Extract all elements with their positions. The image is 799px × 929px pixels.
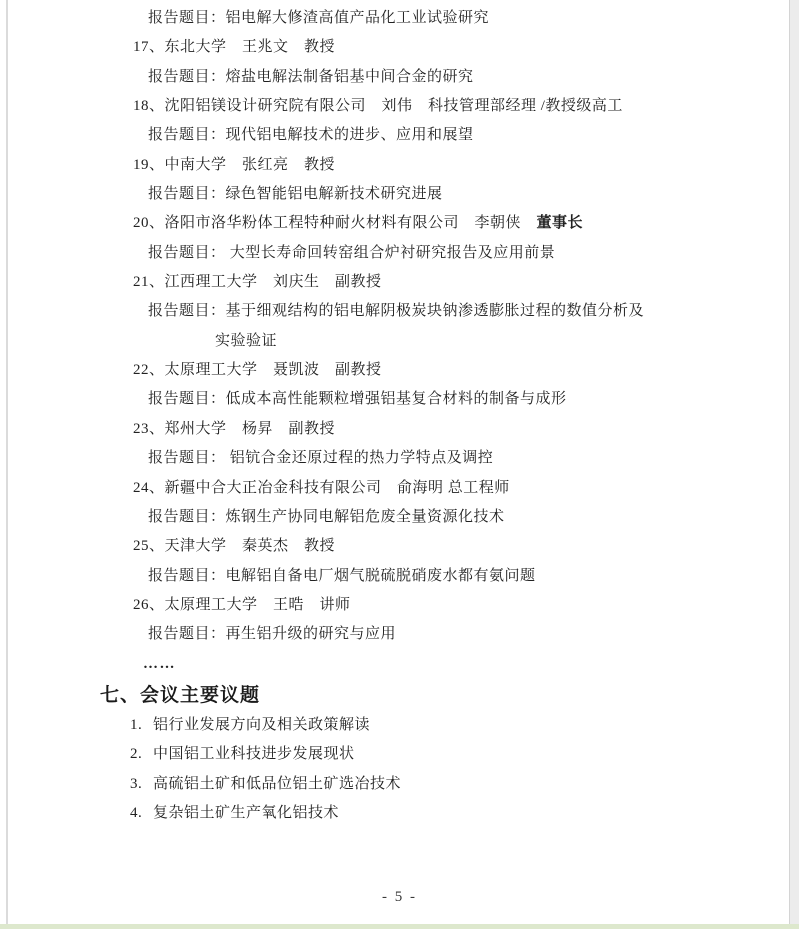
document-page: { "document": { "intro_title_line": "报告题… xyxy=(0,0,799,929)
report-title-line-21: 报告题目：基于细观结构的铝电解阴极炭块钠渗透膨胀过程的数值分析及 xyxy=(0,297,799,326)
report-title-line-17: 报告题目：熔盐电解法制备铝基中间合金的研究 xyxy=(0,63,799,92)
report-title-continuation-21: 实验验证 xyxy=(0,327,799,356)
topic-item-4: 4.复杂铝土矿生产氧化铝技术 xyxy=(0,799,799,829)
report-title-line-24: 报告题目：炼钢生产协同电解铝危废全量资源化技术 xyxy=(0,503,799,532)
page-bottom-edge-strip xyxy=(0,924,799,929)
topic-number: 1. xyxy=(130,711,153,741)
report-title-line-23: 报告题目： 铝钪合金还原过程的热力学特点及调控 xyxy=(0,444,799,473)
topic-number: 2. xyxy=(130,740,153,770)
section-heading-7: 七、会议主要议题 xyxy=(0,680,799,711)
report-title-line-19: 报告题目：绿色智能铝电解新技术研究进展 xyxy=(0,180,799,209)
speaker-line-26: 26、太原理工大学 王晧 讲师 xyxy=(0,591,799,620)
topic-item-1: 1.铝行业发展方向及相关政策解读 xyxy=(0,711,799,741)
topic-item-2: 2.中国铝工业科技进步发展现状 xyxy=(0,740,799,770)
report-title-line-22: 报告题目：低成本高性能颗粒增强铝基复合材料的制备与成形 xyxy=(0,385,799,414)
speaker-line-22: 22、太原理工大学 聂凯波 副教授 xyxy=(0,356,799,385)
page-number: - 5 - xyxy=(0,889,799,906)
speaker-line-20: 20、洛阳市洛华粉体工程特种耐火材料有限公司 李朝侠 董事长 xyxy=(0,209,799,238)
speaker-line-24: 24、新疆中合大正冶金科技有限公司 俞海明 总工程师 xyxy=(0,474,799,503)
topic-text: 复杂铝土矿生产氧化铝技术 xyxy=(153,805,339,821)
speaker-line-21: 21、江西理工大学 刘庆生 副教授 xyxy=(0,268,799,297)
speaker-line-18: 18、沈阳铝镁设计研究院有限公司 刘伟 科技管理部经理 /教授级高工 xyxy=(0,92,799,121)
speaker-title-bold: 董事长 xyxy=(537,215,584,231)
report-title-line-20: 报告题目： 大型长寿命回转窑组合炉衬研究报告及应用前景 xyxy=(0,239,799,268)
speaker-text: 20、洛阳市洛华粉体工程特种耐火材料有限公司 李朝侠 xyxy=(133,215,537,231)
report-title-line-26: 报告题目：再生铝升级的研究与应用 xyxy=(0,620,799,649)
topic-number: 4. xyxy=(130,799,153,829)
report-title-line-18: 报告题目：现代铝电解技术的进步、应用和展望 xyxy=(0,121,799,150)
speaker-line-23: 23、郑州大学 杨昇 副教授 xyxy=(0,415,799,444)
list-ellipsis: …… xyxy=(0,650,799,679)
speaker-line-19: 19、中南大学 张红亮 教授 xyxy=(0,151,799,180)
document-body: 报告题目：铝电解大修渣高值产品化工业试验研究 17、东北大学 王兆文 教授 报告… xyxy=(0,4,799,829)
topic-number: 3. xyxy=(130,770,153,800)
topic-item-3: 3.高硫铝土矿和低品位铝土矿选冶技术 xyxy=(0,770,799,800)
topic-text: 高硫铝土矿和低品位铝土矿选冶技术 xyxy=(153,776,401,792)
report-title-line-25: 报告题目：电解铝自备电厂烟气脱硫脱硝废水都有氨问题 xyxy=(0,562,799,591)
speaker-line-17: 17、东北大学 王兆文 教授 xyxy=(0,33,799,62)
topic-text: 中国铝工业科技进步发展现状 xyxy=(153,746,355,762)
report-title-line-16: 报告题目：铝电解大修渣高值产品化工业试验研究 xyxy=(0,4,799,33)
topic-text: 铝行业发展方向及相关政策解读 xyxy=(153,717,370,733)
speaker-line-25: 25、天津大学 秦英杰 教授 xyxy=(0,532,799,561)
